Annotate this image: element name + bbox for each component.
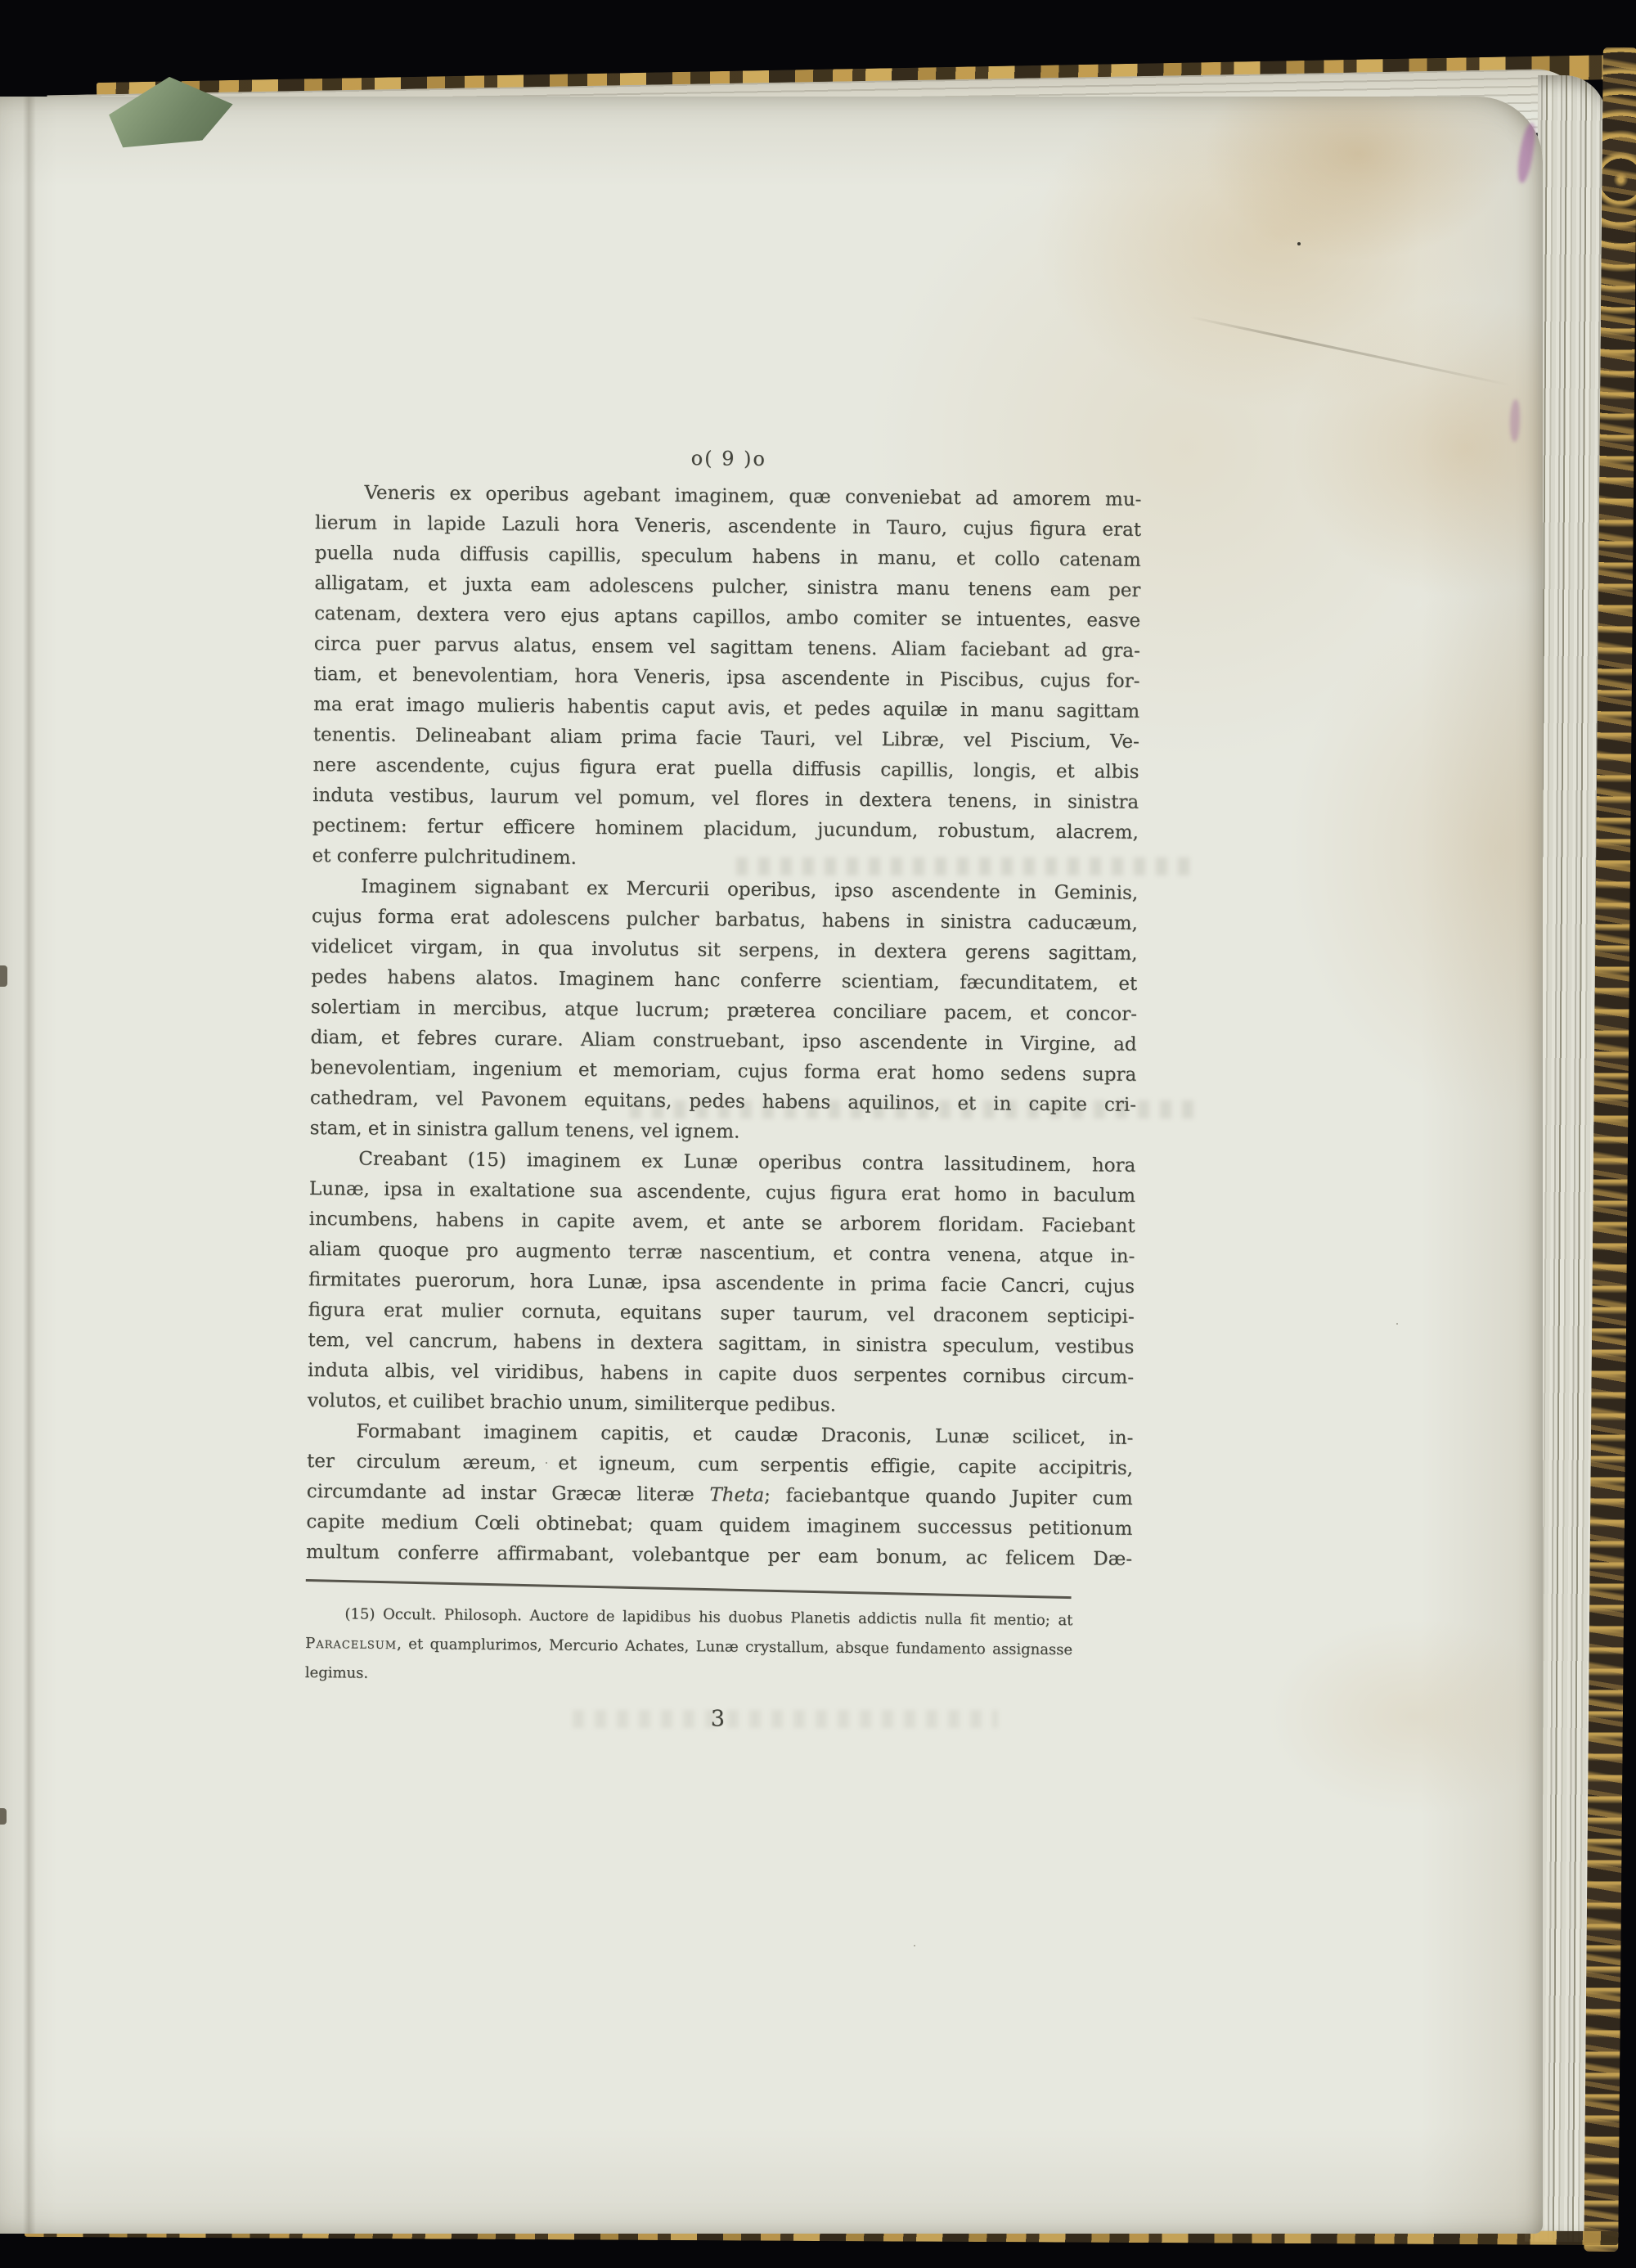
page-number-header: o( 9 )o	[316, 439, 1142, 479]
footnote-block: (15) Occult. Philosoph. Auctore de lapid…	[305, 1579, 1073, 1694]
paragraph-dragon: Formabant imaginem capitis, et caudæ Dra…	[306, 1416, 1134, 1575]
foxing-specks	[1297, 242, 1301, 245]
paper-crease-line	[1189, 316, 1510, 386]
footnote: (15) Occult. Philosoph. Auctore de lapid…	[305, 1600, 1073, 1694]
text-block: o( 9 )o Veneris ex operibus agebant imag…	[304, 439, 1142, 1739]
scanned-book-photo: o( 9 )o Veneris ex operibus agebant imag…	[0, 0, 1636, 2268]
paragraph-venus: Veneris ex operibus agebant imaginem, qu…	[312, 478, 1141, 879]
binding-stitch	[0, 965, 7, 987]
book-page: o( 9 )o Veneris ex operibus agebant imag…	[0, 97, 1543, 2234]
text-line: multum conferre affirmabant, volebantque…	[306, 1537, 1132, 1575]
paragraph-moon: Creabant (15) imaginem ex Lunæ operibus …	[308, 1144, 1136, 1424]
footnote-rule	[306, 1579, 1072, 1599]
paragraph-mercury: Imaginem signabant ex Mercurii operibus,…	[309, 871, 1138, 1151]
binding-stitch	[0, 1808, 7, 1825]
signature-number: 3	[304, 1699, 1130, 1739]
gutter-crease-shadow	[23, 97, 36, 2234]
